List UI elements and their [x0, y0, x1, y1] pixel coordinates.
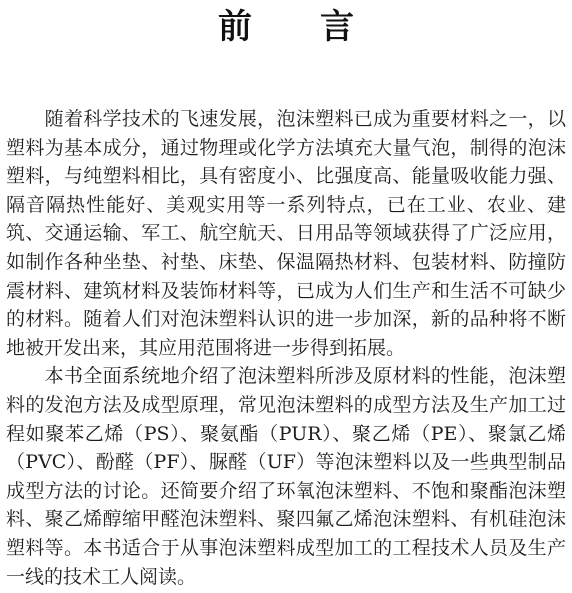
preface-page: 前 言 随着科学技术的飞速发展，泡沫塑料已成为重要材料之一，以塑料为基本成分，通… — [0, 0, 572, 593]
body-text: 随着科学技术的飞速发展，泡沫塑料已成为重要材料之一，以塑料为基本成分，通过物理或… — [0, 105, 572, 591]
text-line: 筑、交通运输、军工、航空航天、日用品等领域获得了广泛应用， — [6, 219, 566, 248]
text-line: 随着科学技术的飞速发展，泡沫塑料已成为重要材料之一，以 — [6, 105, 566, 134]
paragraph: 本书全面系统地介绍了泡沫塑料所涉及原材料的性能，泡沫塑料的发泡方法及成型原理，常… — [6, 362, 566, 591]
text-line: 的材料。随着人们对泡沫塑料认识的进一步加深，新的品种将不断 — [6, 305, 566, 334]
text-line: 塑料等。本书适合于从事泡沫塑料成型加工的工程技术人员及生产 — [6, 534, 566, 563]
text-line: 程如聚苯乙烯（PS）、聚氨酯（PUR）、聚乙烯（PE）、聚氯乙烯 — [6, 420, 566, 449]
text-line: 本书全面系统地介绍了泡沫塑料所涉及原材料的性能，泡沫塑 — [6, 362, 566, 391]
page-title: 前 言 — [0, 8, 572, 47]
text-line: 如制作各种坐垫、衬垫、床垫、保温隔热材料、包装材料、防撞防 — [6, 248, 566, 277]
text-line: 塑料为基本成分，通过物理或化学方法填充大量气泡，制得的泡沫 — [6, 134, 566, 163]
text-line: 塑料，与纯塑料相比，具有密度小、比强度高、能量吸收能力强、 — [6, 162, 566, 191]
text-line: 地被开发出来，其应用范围将进一步得到拓展。 — [6, 334, 566, 363]
text-line: 震材料、建筑材料及装饰材料等，已成为人们生产和生活不可缺少 — [6, 277, 566, 306]
text-line: 料的发泡方法及成型原理，常见泡沫塑料的成型方法及生产加工过 — [6, 391, 566, 420]
text-line: 料、聚乙烯醇缩甲醛泡沫塑料、聚四氟乙烯泡沫塑料、有机硅泡沫 — [6, 505, 566, 534]
text-line: （PVC）、酚醛（PF）、脲醛（UF）等泡沫塑料以及一些典型制品 — [6, 448, 566, 477]
text-line: 一线的技术工人阅读。 — [6, 563, 566, 592]
text-line: 成型方法的讨论。还简要介绍了环氧泡沫塑料、不饱和聚酯泡沫塑 — [6, 477, 566, 506]
paragraph: 随着科学技术的飞速发展，泡沫塑料已成为重要材料之一，以塑料为基本成分，通过物理或… — [6, 105, 566, 362]
text-line: 隔音隔热性能好、美观实用等一系列特点，已在工业、农业、建 — [6, 191, 566, 220]
